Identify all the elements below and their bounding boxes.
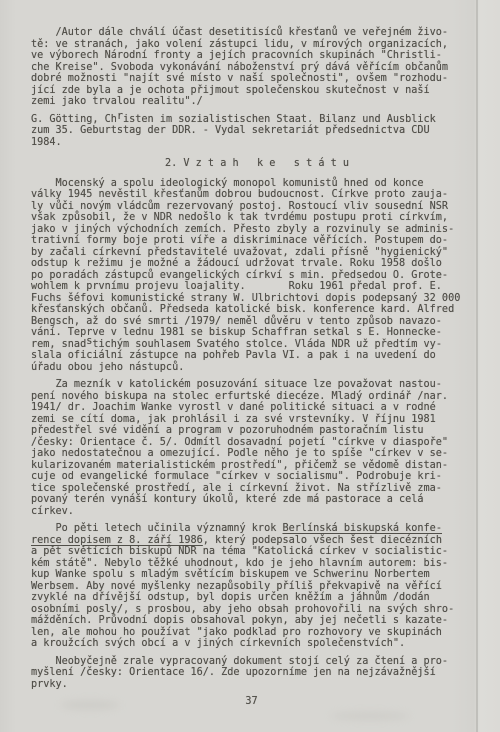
paragraph-text: Mocenský a spolu ideologický monopol kom… [31,178,460,350]
paragraph-closing: Neobyčejně zrale vypracovaný dokument st… [31,656,472,691]
paragraph-text: , který podepsalo všech šest diecézních … [31,535,454,650]
paragraph-text: tichým souhlasem Svatého stolce. Vláda N… [31,339,442,373]
paragraph-text: Po pěti letech učinila významný krok [31,523,282,534]
scan-smudge [330,712,410,720]
text-block: /Autor dále chválí účast desetitisíců kř… [31,27,472,708]
scanned-document-page: /Autor dále chválí účast desetitisíců kř… [0,0,500,732]
underlined-phrase: rence dopisem z 8. září 1986 [31,535,203,546]
underlined-phrase: Berlínská biskupská konfe- [282,523,441,534]
source-citation-text: G. Götting, Ch [31,114,117,125]
paragraph-bishop-wanke: Za mezník v katolickém posuzování situac… [31,379,472,517]
quote-paragraph: /Autor dále chválí účast desetitisíců kř… [31,27,472,108]
typewriter-raised-letter: r [117,111,123,123]
scan-edge-line [476,0,478,732]
paragraph-state-relations: Mocenský a spolu ideologický monopol kom… [31,178,472,374]
section-heading: 2. V z t a h k e s t á t u [165,158,472,170]
page-number: 37 [31,696,472,708]
paragraph-bishops-letter: Po pěti letech učinila významný krok Ber… [31,523,472,650]
typewriter-raised-letter: s [86,336,92,348]
source-citation: G. Götting, Christen im sozialistischen … [31,114,472,149]
